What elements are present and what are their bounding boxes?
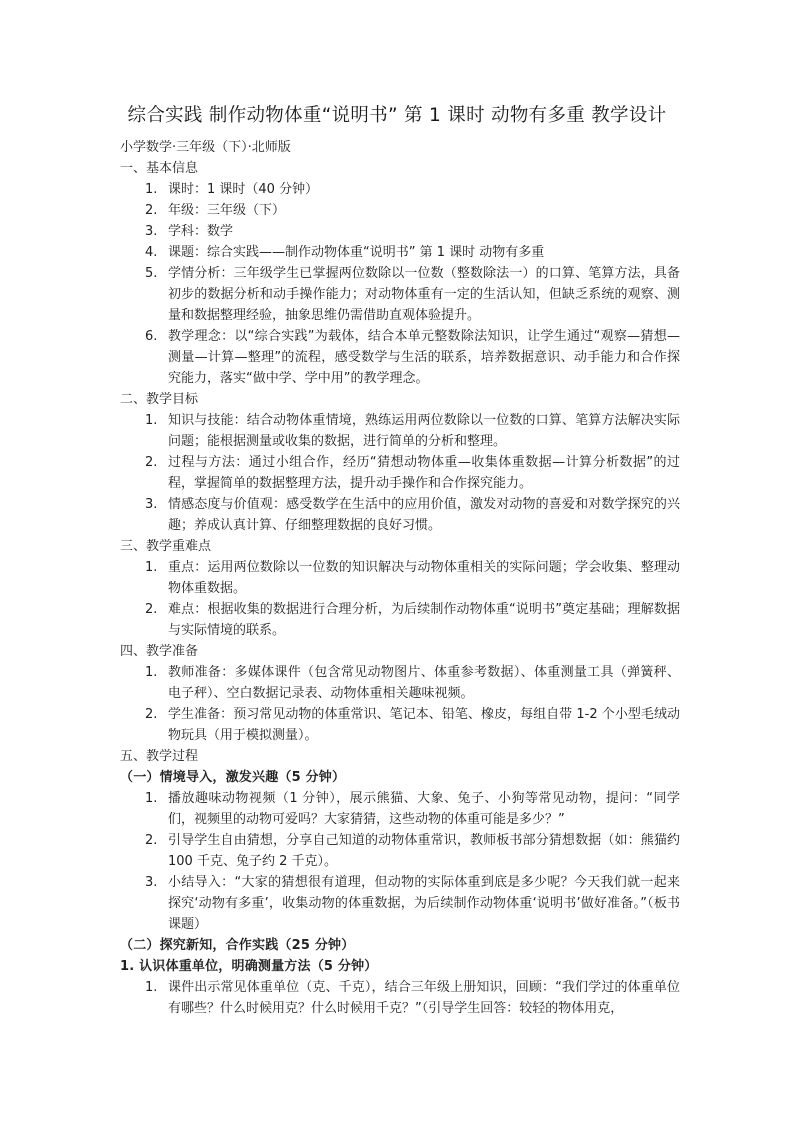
process-part2-step1-heading: 1. 认识体重单位，明确测量方法（5 分钟）: [120, 956, 680, 977]
process-part2-step1-list: 1.课件出示常见体重单位（克、千克），结合三年级上册知识，回顾：“我们学过的体重…: [120, 977, 680, 1019]
list-item: 3.情感态度与价值观：感受数学在生活中的应用价值，激发对动物的喜爱和对数学探究的…: [120, 494, 680, 536]
list-number: 1.: [145, 788, 157, 809]
list-item: 1.重点：运用两位数除以一位数的知识解决与动物体重相关的实际问题；学会收集、整理…: [120, 557, 680, 599]
list-text: 课题：综合实践——制作动物体重“说明书” 第 1 课时 动物有多重: [168, 242, 680, 263]
preparation-list: 1.教师准备：多媒体课件（包含常见动物图片、体重参考数据）、体重测量工具（弹簧秤…: [120, 662, 680, 746]
list-text: 播放趣味动物视频（1 分钟），展示熊猫、大象、兔子、小狗等常见动物，提问：“同学…: [168, 788, 680, 830]
list-item: 1.课件出示常见体重单位（克、千克），结合三年级上册知识，回顾：“我们学过的体重…: [120, 977, 680, 1019]
list-text: 引导学生自由猜想，分享自己知道的动物体重常识，教师板书部分猜想数据（如：熊猫约 …: [168, 830, 680, 872]
list-item: 6.教学理念：以“综合实践”为载体，结合本单元整数除法知识，让学生通过“观察—猜…: [120, 326, 680, 389]
section-heading-basic-info: 一、基本信息: [120, 158, 680, 179]
list-item: 3.学科：数学: [120, 221, 680, 242]
list-item: 1.播放趣味动物视频（1 分钟），展示熊猫、大象、兔子、小狗等常见动物，提问：“…: [120, 788, 680, 830]
list-number: 6.: [145, 326, 157, 347]
list-text: 年级：三年级（下）: [168, 200, 680, 221]
list-text: 过程与方法：通过小组合作，经历“猜想动物体重—收集体重数据—计算分析数据”的过程…: [168, 452, 680, 494]
list-number: 1.: [145, 410, 157, 431]
list-item: 2.年级：三年级（下）: [120, 200, 680, 221]
list-item: 1.知识与技能：结合动物体重情境，熟练运用两位数除以一位数的口算、笔算方法解决实…: [120, 410, 680, 452]
list-item: 2.引导学生自由猜想，分享自己知道的动物体重常识，教师板书部分猜想数据（如：熊猫…: [120, 830, 680, 872]
list-item: 1.教师准备：多媒体课件（包含常见动物图片、体重参考数据）、体重测量工具（弹簧秤…: [120, 662, 680, 704]
section-heading-key-points: 三、教学重难点: [120, 536, 680, 557]
process-part2-heading: （二）探究新知，合作实践（25 分钟）: [120, 935, 680, 956]
list-text: 重点：运用两位数除以一位数的知识解决与动物体重相关的实际问题；学会收集、整理动物…: [168, 557, 680, 599]
document-page: 综合实践 制作动物体重“说明书” 第 1 课时 动物有多重 教学设计 小学数学·…: [0, 0, 794, 1123]
list-item: 5.学情分析：三年级学生已掌握两位数除以一位数（整数除法一）的口算、笔算方法，具…: [120, 263, 680, 326]
list-item: 2.学生准备：预习常见动物的体重常识、笔记本、铅笔、橡皮，每组自带 1-2 个小…: [120, 704, 680, 746]
list-number: 3.: [145, 221, 157, 242]
key-points-list: 1.重点：运用两位数除以一位数的知识解决与动物体重相关的实际问题；学会收集、整理…: [120, 557, 680, 641]
list-text: 学情分析：三年级学生已掌握两位数除以一位数（整数除法一）的口算、笔算方法，具备初…: [168, 263, 680, 326]
list-number: 2.: [145, 830, 157, 851]
list-text: 课时：1 课时（40 分钟）: [168, 179, 680, 200]
list-number: 2.: [145, 704, 157, 725]
objectives-list: 1.知识与技能：结合动物体重情境，熟练运用两位数除以一位数的口算、笔算方法解决实…: [120, 410, 680, 536]
list-number: 5.: [145, 263, 157, 284]
list-number: 1.: [145, 179, 157, 200]
list-number: 2.: [145, 599, 157, 620]
list-text: 难点：根据收集的数据进行合理分析，为后续制作动物体重“说明书”奠定基础；理解数据…: [168, 599, 680, 641]
basic-info-list: 1.课时：1 课时（40 分钟） 2.年级：三年级（下） 3.学科：数学 4.课…: [120, 179, 680, 389]
list-item: 2.过程与方法：通过小组合作，经历“猜想动物体重—收集体重数据—计算分析数据”的…: [120, 452, 680, 494]
list-number: 3.: [145, 494, 157, 515]
list-text: 知识与技能：结合动物体重情境，熟练运用两位数除以一位数的口算、笔算方法解决实际问…: [168, 410, 680, 452]
list-item: 4.课题：综合实践——制作动物体重“说明书” 第 1 课时 动物有多重: [120, 242, 680, 263]
list-number: 3.: [145, 872, 157, 893]
section-heading-objectives: 二、教学目标: [120, 389, 680, 410]
document-title: 综合实践 制作动物体重“说明书” 第 1 课时 动物有多重 教学设计: [0, 101, 794, 127]
list-number: 2.: [145, 452, 157, 473]
section-heading-preparation: 四、教学准备: [120, 641, 680, 662]
list-number: 1.: [145, 662, 157, 683]
list-number: 1.: [145, 977, 157, 998]
list-text: 教学理念：以“综合实践”为载体，结合本单元整数除法知识，让学生通过“观察—猜想—…: [168, 326, 680, 389]
list-text: 课件出示常见体重单位（克、千克），结合三年级上册知识，回顾：“我们学过的体重单位…: [168, 977, 680, 1019]
list-number: 1.: [145, 557, 157, 578]
list-text: 学科：数学: [168, 221, 680, 242]
list-item: 2.难点：根据收集的数据进行合理分析，为后续制作动物体重“说明书”奠定基础；理解…: [120, 599, 680, 641]
list-text: 学生准备：预习常见动物的体重常识、笔记本、铅笔、橡皮，每组自带 1-2 个小型毛…: [168, 704, 680, 746]
list-text: 小结导入：“大家的猜想很有道理，但动物的实际体重到底是多少呢？今天我们就一起来探…: [168, 872, 680, 935]
list-text: 情感态度与价值观：感受数学在生活中的应用价值，激发对动物的喜爱和对数学探究的兴趣…: [168, 494, 680, 536]
document-subtitle: 小学数学·三年级（下）·北师版: [120, 137, 680, 158]
document-body: 小学数学·三年级（下）·北师版 一、基本信息 1.课时：1 课时（40 分钟） …: [120, 137, 680, 1019]
process-part1-list: 1.播放趣味动物视频（1 分钟），展示熊猫、大象、兔子、小狗等常见动物，提问：“…: [120, 788, 680, 935]
list-number: 4.: [145, 242, 157, 263]
list-item: 3.小结导入：“大家的猜想很有道理，但动物的实际体重到底是多少呢？今天我们就一起…: [120, 872, 680, 935]
list-number: 2.: [145, 200, 157, 221]
section-heading-process: 五、教学过程: [120, 746, 680, 767]
process-part1-heading: （一）情境导入，激发兴趣（5 分钟）: [120, 767, 680, 788]
list-item: 1.课时：1 课时（40 分钟）: [120, 179, 680, 200]
list-text: 教师准备：多媒体课件（包含常见动物图片、体重参考数据）、体重测量工具（弹簧秤、电…: [168, 662, 680, 704]
